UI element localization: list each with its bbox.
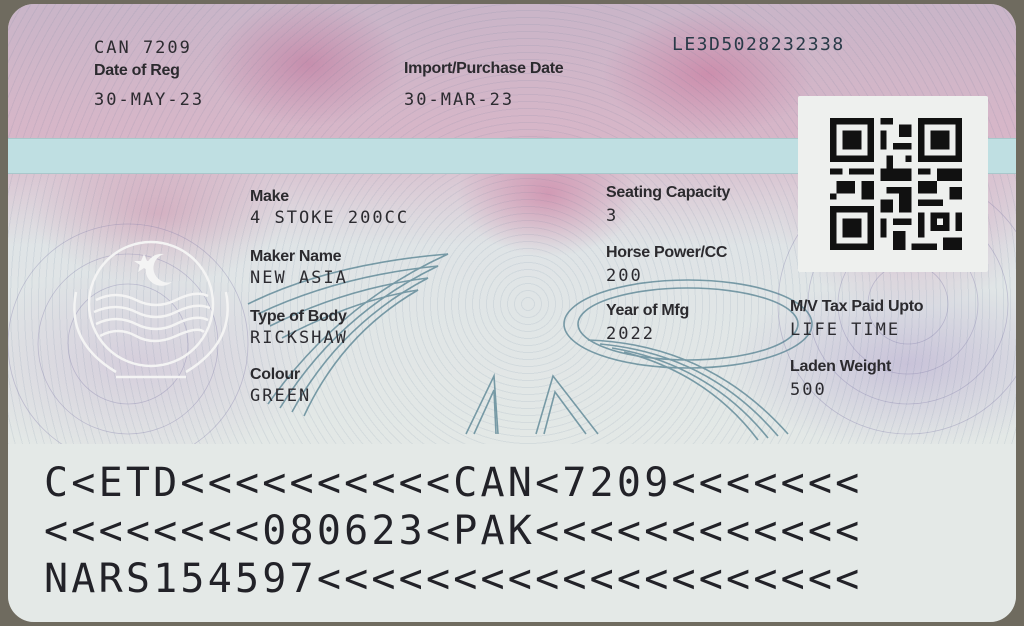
tax-paid-upto-label: M/V Tax Paid Upto bbox=[790, 298, 923, 316]
laden-weight-label: Laden Weight bbox=[790, 358, 891, 376]
seating-capacity-label: Seating Capacity bbox=[606, 184, 730, 202]
mrz-line-3: NARS154597<<<<<<<<<<<<<<<<<<<< bbox=[44, 556, 862, 602]
serial-number: LE3D5028232338 bbox=[672, 34, 845, 55]
registration-card: LE3D5028232338 CAN 7209 Date of Reg 30-M… bbox=[8, 4, 1016, 622]
import-purchase-date-value: 30-MAR-23 bbox=[404, 90, 514, 110]
type-of-body-value: RICKSHAW bbox=[250, 328, 348, 348]
colour-value: GREEN bbox=[250, 386, 311, 406]
mrz-zone: C<ETD<<<<<<<<<<CAN<7209<<<<<<< <<<<<<<<0… bbox=[8, 444, 1016, 622]
make-label: Make bbox=[250, 188, 289, 206]
qr-code bbox=[798, 96, 988, 272]
import-purchase-date-label: Import/Purchase Date bbox=[404, 60, 563, 78]
registration-number: CAN 7209 bbox=[94, 38, 192, 58]
maker-name-label: Maker Name bbox=[250, 248, 341, 266]
mrz-line-1: C<ETD<<<<<<<<<<CAN<7209<<<<<<< bbox=[44, 460, 862, 506]
type-of-body-label: Type of Body bbox=[250, 308, 347, 326]
year-of-mfg-label: Year of Mfg bbox=[606, 302, 689, 320]
horse-power-label: Horse Power/CC bbox=[606, 244, 727, 262]
government-emblem-icon bbox=[56, 232, 246, 392]
seating-capacity-value: 3 bbox=[606, 206, 618, 226]
laden-weight-value: 500 bbox=[790, 380, 827, 400]
maker-name-value: NEW ASIA bbox=[250, 268, 348, 288]
make-value: 4 STOKE 200CC bbox=[250, 208, 409, 228]
mrz-line-2: <<<<<<<<080623<PAK<<<<<<<<<<<< bbox=[44, 508, 862, 554]
year-of-mfg-value: 2022 bbox=[606, 324, 655, 344]
horse-power-value: 200 bbox=[606, 266, 643, 286]
date-of-reg-value: 30-MAY-23 bbox=[94, 90, 204, 110]
date-of-reg-label: Date of Reg bbox=[94, 62, 180, 80]
qr-code-icon bbox=[826, 118, 966, 250]
colour-label: Colour bbox=[250, 366, 300, 384]
tax-paid-upto-value: LIFE TIME bbox=[790, 320, 900, 340]
